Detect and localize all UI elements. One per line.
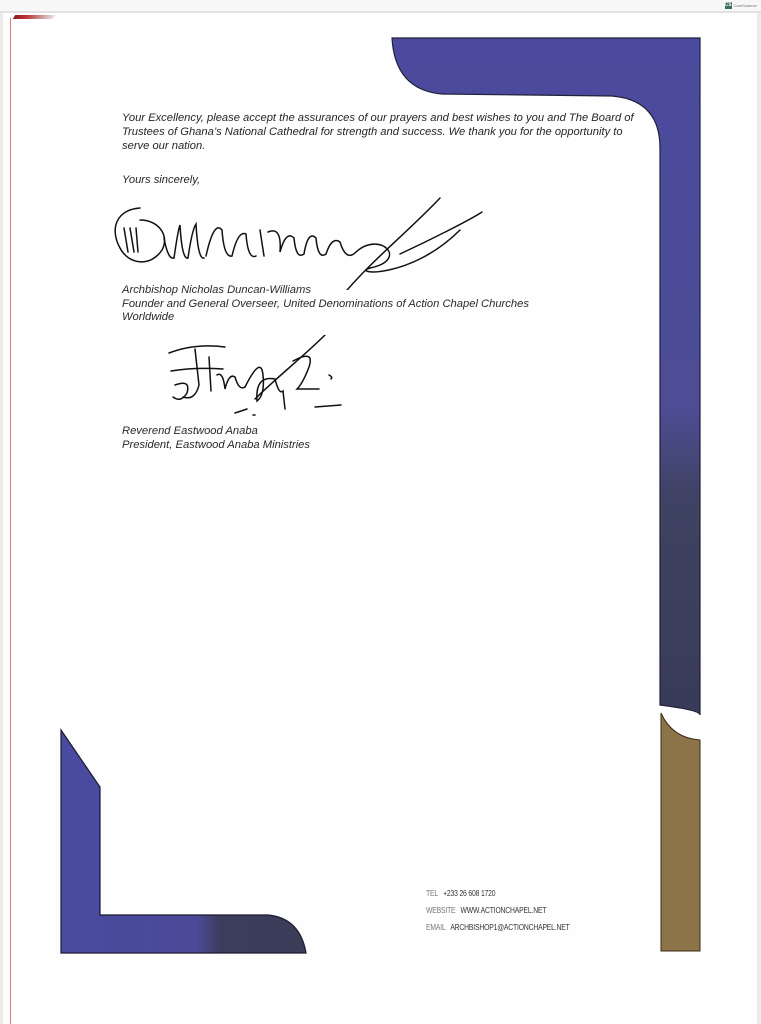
contact-tel: TEL +233 26 608 1720 — [426, 885, 570, 902]
signatory-1-name: Archbishop Nicholas Duncan-Williams — [122, 284, 529, 298]
letterhead-contact: TEL +233 26 608 1720 WEBSITE WWW.ACTIONC… — [426, 885, 570, 936]
website-value: WWW.ACTIONCHAPEL.NET — [461, 906, 547, 915]
signatory-1-title: Founder and General Overseer, United Den… — [122, 298, 529, 312]
signatory-2-title: President, Eastwood Anaba Ministries — [122, 439, 310, 453]
contact-email: EMAIL ARCHBISHOP1@ACTIONCHAPEL.NET — [426, 919, 570, 936]
contact-website: WEBSITE WWW.ACTIONCHAPEL.NET — [426, 902, 570, 919]
letter-closing: Yours sincerely, — [122, 174, 200, 186]
frame-gold-bar — [661, 713, 700, 951]
signature-anaba — [165, 335, 365, 425]
email-label: EMAIL — [426, 923, 446, 932]
tel-value: +233 26 608 1720 — [443, 889, 495, 898]
signature-duncan-williams — [110, 190, 490, 290]
frame-bottom-left — [61, 730, 306, 953]
signatory-1-title-cont: Worldwide — [122, 311, 529, 325]
email-value: ARCHBISHOP1@ACTIONCHAPEL.NET — [450, 923, 569, 932]
signatory-2-name: Reverend Eastwood Anaba — [122, 425, 310, 439]
signatory-2: Reverend Eastwood Anaba President, Eastw… — [122, 425, 310, 452]
letterhead-frame — [0, 0, 761, 1024]
tel-label: TEL — [426, 889, 438, 898]
signatory-1: Archbishop Nicholas Duncan-Williams Foun… — [122, 284, 529, 325]
letter-paragraph: Your Excellency, please accept the assur… — [122, 111, 642, 153]
letter-body: Your Excellency, please accept the assur… — [122, 111, 642, 153]
website-label: WEBSITE — [426, 906, 455, 915]
